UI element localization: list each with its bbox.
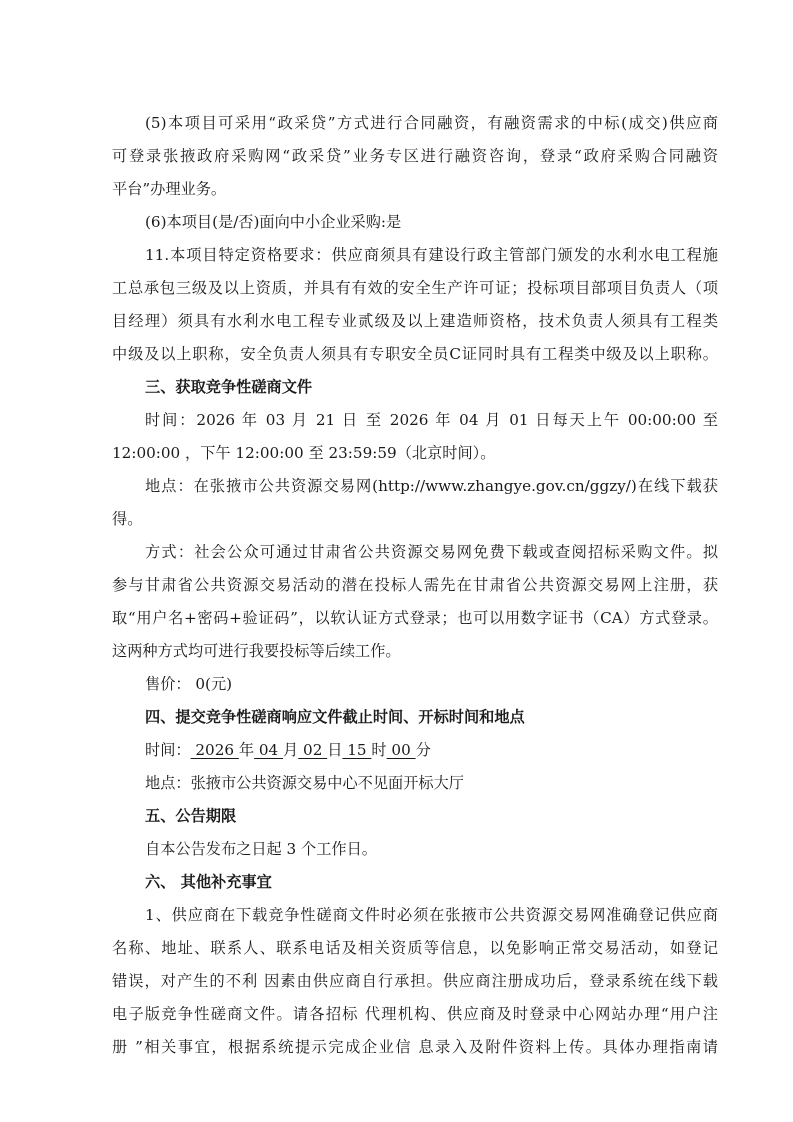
paragraph-obtain-place: 地点：在张掖市公共资源交易网(http://www.zhangye.gov.cn… bbox=[112, 470, 718, 536]
text-line: 1、供应商在下载竞争性磋商文件时必须在张掖市公共资源交易网准确登记供应商 bbox=[112, 899, 718, 932]
section-heading-obtain-docs: 三、获取竞争性磋商文件 bbox=[112, 371, 718, 404]
text-line: 册 ”相关事宜，根据系统提示完成企业信 息录入及附件资料上传。具体办理指南请 bbox=[112, 1031, 718, 1064]
paragraph-sme: (6)本项目(是/否)面向中小企业采购:是 bbox=[112, 206, 718, 239]
deadline-year: 2026 bbox=[191, 741, 239, 759]
paragraph-qualification: 11.本项目特定资格要求：供应商须具有建设行政主管部门颁发的水利水电工程施 工总… bbox=[112, 239, 718, 371]
text-line: 参与甘肃省公共资源交易活动的潜在投标人需先在甘肃省公共资源交易网上注册，获 bbox=[112, 569, 718, 602]
text-line: 12:00:00 ，下午 12:00:00 至 23:59:59（北京时间）。 bbox=[112, 437, 718, 470]
text-line: 平台”办理业务。 bbox=[112, 173, 718, 206]
text-line: 这两种方式均可进行我要投标等后续工作。 bbox=[112, 635, 718, 668]
section-heading-deadline: 四、提交竞争性磋商响应文件截止时间、开标时间和地点 bbox=[112, 701, 718, 734]
paragraph-deadline-time: 时间： 2026 年 04 月 02 日 15 时 00 分 bbox=[112, 734, 718, 767]
text-line: 目经理）须具有水利水电工程专业贰级及以上建造师资格，技术负责人须具有工程类 bbox=[112, 305, 718, 338]
paragraph-obtain-time: 时间：2026 年 03 月 21 日 至 2026 年 04 月 01 日每天… bbox=[112, 404, 718, 470]
document-page: (5)本项目可采用“政采贷”方式进行合同融资，有融资需求的中标(成交)供应商 可… bbox=[112, 107, 718, 1064]
text-line: 可登录张掖政府采购网“政采贷”业务专区进行融资咨询，登录“政府采购合同融资 bbox=[112, 140, 718, 173]
deadline-month: 04 bbox=[254, 741, 283, 759]
deadline-hour: 15 bbox=[342, 741, 371, 759]
text-line: 方式：社会公众可通过甘肃省公共资源交易网免费下载或查阅招标采购文件。拟 bbox=[112, 536, 718, 569]
text-line: 得。 bbox=[112, 503, 718, 536]
deadline-day: 02 bbox=[298, 741, 327, 759]
time-label: 时间： bbox=[145, 741, 191, 759]
paragraph-price: 售价： 0(元) bbox=[112, 668, 718, 701]
section-heading-notice-period: 五、公告期限 bbox=[112, 800, 718, 833]
paragraph-notice-period: 自本公告发布之日起 3 个工作日。 bbox=[112, 833, 718, 866]
year-unit: 年 bbox=[239, 741, 254, 759]
section-heading-supplementary: 六、 其他补充事宜 bbox=[112, 866, 718, 899]
text-line: 中级及以上职称，安全负责人须具有专职安全员C证同时具有工程类中级及以上职称。 bbox=[112, 338, 718, 371]
text-line: 电子版竞争性磋商文件。请各招标 代理机构、供应商及时登录中心网站办理“用户注 bbox=[112, 998, 718, 1031]
text-line: 取“用户名+密码+验证码”，以软认证方式登录；也可以用数字证书（CA）方式登录。 bbox=[112, 602, 718, 635]
minute-unit: 分 bbox=[416, 741, 431, 759]
month-unit: 月 bbox=[283, 741, 298, 759]
text-line: 11.本项目特定资格要求：供应商须具有建设行政主管部门颁发的水利水电工程施 bbox=[112, 239, 718, 272]
paragraph-financing: (5)本项目可采用“政采贷”方式进行合同融资，有融资需求的中标(成交)供应商 可… bbox=[112, 107, 718, 206]
text-line: 名称、地址、联系人、联系电话及相关资质等信息，以免影响正常交易活动，如登记 bbox=[112, 932, 718, 965]
text-line: 地点：在张掖市公共资源交易网(http://www.zhangye.gov.cn… bbox=[112, 470, 718, 503]
paragraph-obtain-method: 方式：社会公众可通过甘肃省公共资源交易网免费下载或查阅招标采购文件。拟 参与甘肃… bbox=[112, 536, 718, 668]
text-line: (5)本项目可采用“政采贷”方式进行合同融资，有融资需求的中标(成交)供应商 bbox=[112, 107, 718, 140]
day-unit: 日 bbox=[327, 741, 342, 759]
paragraph-supplementary-1: 1、供应商在下载竞争性磋商文件时必须在张掖市公共资源交易网准确登记供应商 名称、… bbox=[112, 899, 718, 1064]
text-line: 时间：2026 年 03 月 21 日 至 2026 年 04 月 01 日每天… bbox=[112, 404, 718, 437]
deadline-minute: 00 bbox=[387, 741, 416, 759]
hour-unit: 时 bbox=[371, 741, 386, 759]
text-line: 工总承包三级及以上资质，并具有有效的安全生产许可证；投标项目部项目负责人（项 bbox=[112, 272, 718, 305]
text-line: 错误，对产生的不利 因素由供应商自行承担。供应商注册成功后，登录系统在线下载 bbox=[112, 965, 718, 998]
paragraph-deadline-place: 地点：张掖市公共资源交易中心不见面开标大厅 bbox=[112, 767, 718, 800]
